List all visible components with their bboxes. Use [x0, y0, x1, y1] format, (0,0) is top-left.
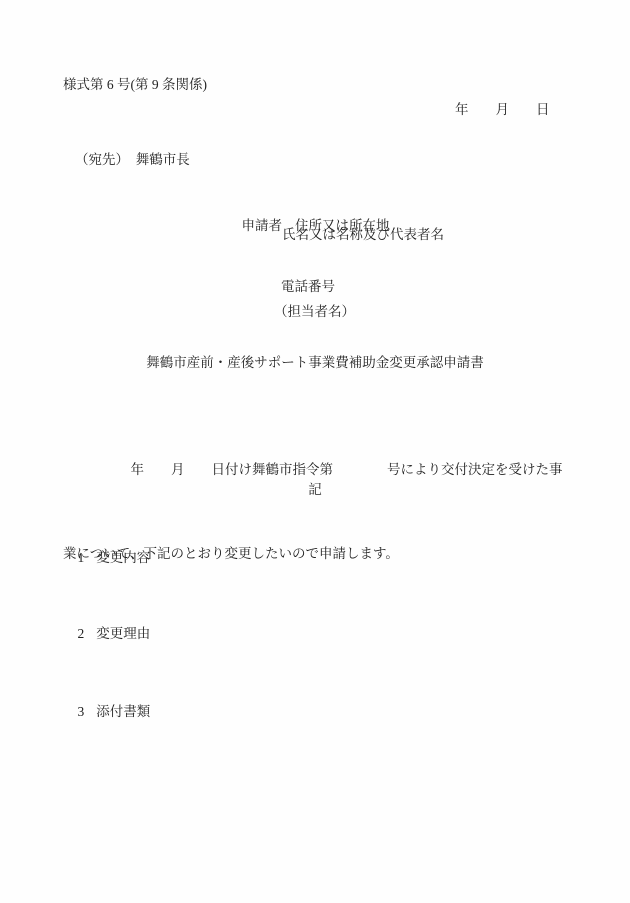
- recipient-line: （宛先） 舞鶴市長: [75, 151, 190, 168]
- item-number: 1: [78, 550, 85, 565]
- applicant-contact-label: （担当者名）: [274, 303, 355, 320]
- applicant-name-label: 氏名又は名称及び代表者名: [282, 226, 444, 243]
- form-number: 様式第 6 号(第 9 条関係): [63, 76, 207, 93]
- record-marker: 記: [0, 481, 630, 498]
- document-title: 舞鶴市産前・産後サポート事業費補助金変更承認申請書: [0, 354, 630, 371]
- date-line: 年 月 日: [455, 101, 550, 118]
- item-label: 変更理由: [96, 626, 150, 641]
- body-line-1: 年 月 日付け舞鶴市指令第 号により交付決定を受けた事: [63, 456, 608, 484]
- item-change-details: 1変更内容: [64, 532, 150, 583]
- application-form-page: 様式第 6 号(第 9 条関係) 年 月 日 （宛先） 舞鶴市長 申請者住所又は…: [0, 0, 630, 903]
- applicant-label: 申請者: [242, 218, 283, 233]
- item-label: 添付書類: [96, 704, 150, 719]
- item-number: 3: [78, 704, 85, 719]
- item-attached-documents: 3添付書類: [64, 686, 150, 737]
- body-paragraph: 年 月 日付け舞鶴市指令第 号により交付決定を受けた事 業について、下記のとおり…: [63, 400, 608, 624]
- item-label: 変更内容: [96, 550, 150, 565]
- applicant-phone-label: 電話番号: [281, 278, 335, 295]
- item-change-reason: 2変更理由: [64, 608, 150, 659]
- item-number: 2: [78, 626, 85, 641]
